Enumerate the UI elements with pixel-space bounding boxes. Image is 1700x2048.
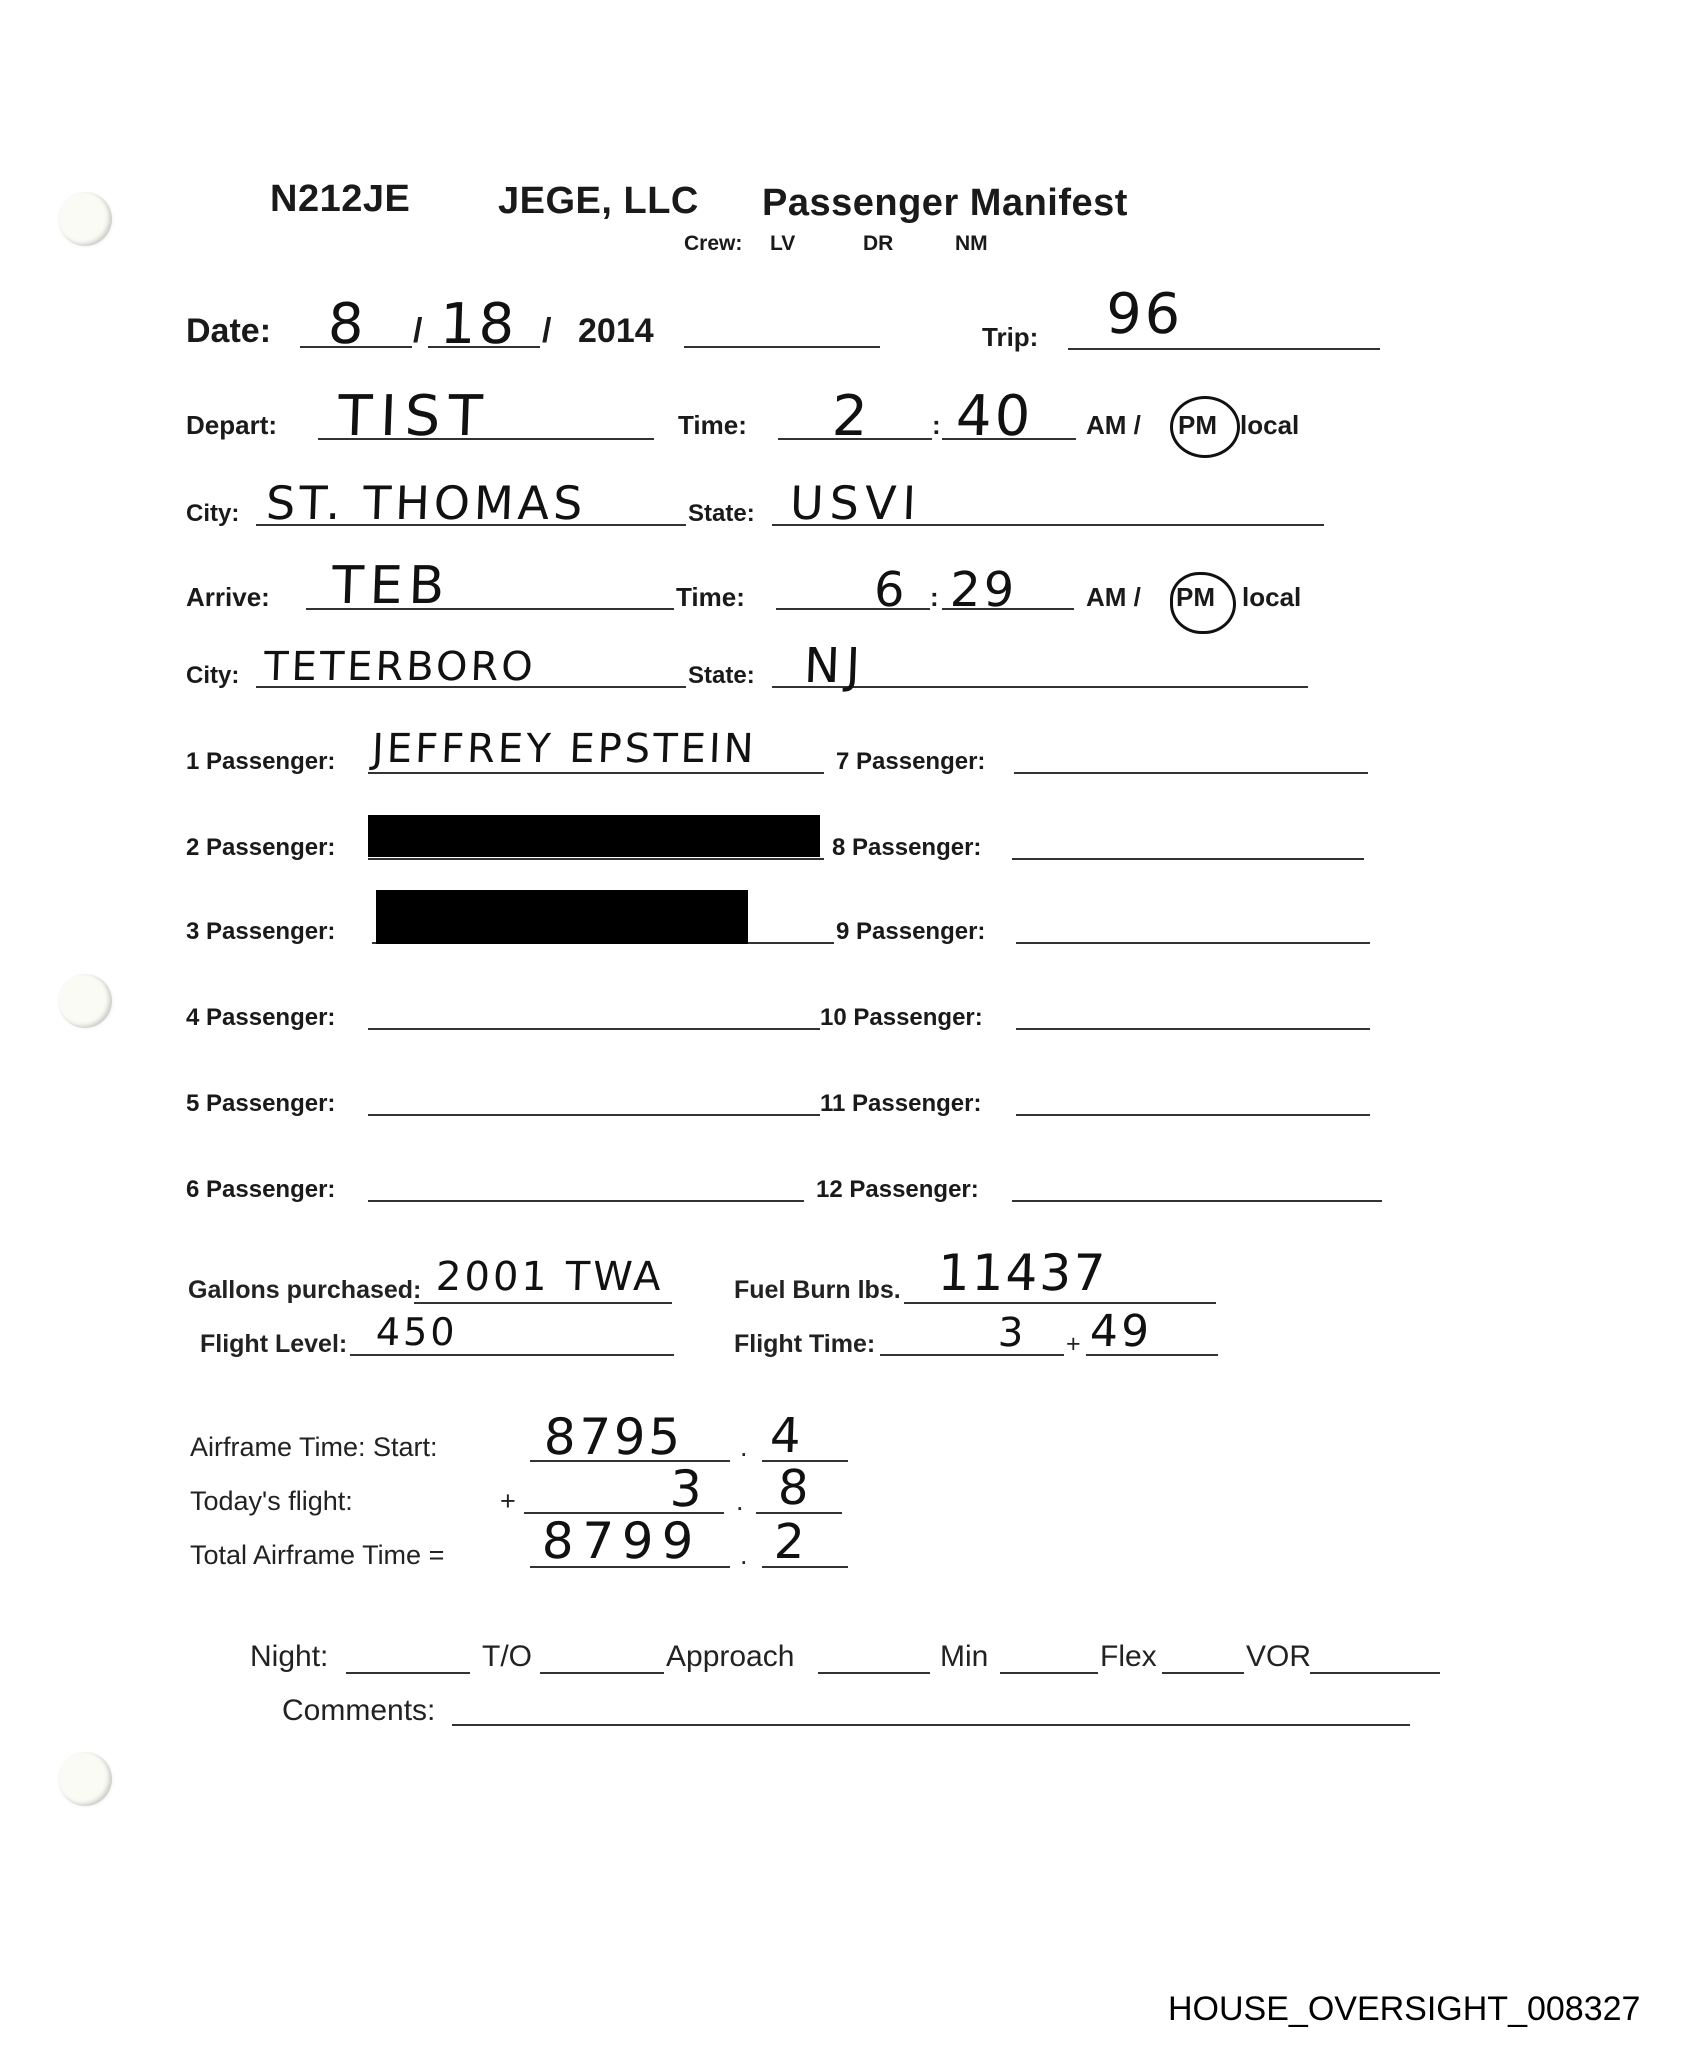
date-year: 2014 (578, 312, 654, 351)
passenger-2-label: 2 Passenger: (186, 834, 335, 862)
passenger-8-field[interactable] (1012, 858, 1364, 860)
passenger-5-field[interactable] (368, 1114, 820, 1116)
takeoff-label: T/O (482, 1640, 532, 1674)
passenger-11-label: 11 Passenger: (820, 1090, 981, 1118)
passenger-6-field[interactable] (368, 1200, 804, 1202)
todays-flight-tenths-value: 8 (777, 1460, 813, 1516)
passenger-8-label: 8 Passenger: (832, 834, 981, 862)
passenger-7-field[interactable] (1014, 772, 1368, 774)
arrive-am-label: AM / (1086, 582, 1141, 613)
comments-label: Comments: (282, 1694, 435, 1728)
arrive-time-colon: : (930, 582, 939, 613)
trip-field[interactable] (1068, 348, 1380, 350)
flight-time-minutes-value: 49 (1089, 1306, 1153, 1357)
date-label: Date: (186, 312, 271, 351)
depart-time-label: Time: (678, 410, 747, 441)
flex-field[interactable] (1162, 1672, 1244, 1674)
todays-flight-plus: + (500, 1486, 516, 1517)
bates-number: HOUSE_OVERSIGHT_008327 (1168, 1990, 1640, 2029)
passenger-11-field[interactable] (1016, 1114, 1370, 1116)
passenger-7-label: 7 Passenger: (836, 748, 985, 776)
flight-time-hours-field[interactable] (880, 1354, 1064, 1356)
flight-level-value: 450 (375, 1310, 458, 1354)
airframe-start-tenths-value: 4 (769, 1408, 805, 1464)
passenger-12-label: 12 Passenger: (816, 1176, 979, 1204)
depart-am-label: AM / (1086, 410, 1141, 441)
hole-punch-bottom (58, 1752, 112, 1806)
total-airframe-dot: . (740, 1540, 748, 1571)
crew-member-3: NM (955, 232, 988, 256)
total-airframe-label: Total Airframe Time = (190, 1540, 444, 1571)
depart-city-value: ST. THOMAS (265, 476, 587, 530)
arrive-pm-selected-circle (1170, 572, 1236, 634)
passenger-3-label: 3 Passenger: (186, 918, 335, 946)
arrive-state-label: State: (688, 662, 755, 690)
arrive-airport-value: TEB (331, 556, 451, 616)
trip-number-value: 96 (1105, 282, 1185, 347)
total-airframe-tenths-value: 2 (773, 1514, 809, 1570)
flight-time-separator: + (1066, 1330, 1081, 1359)
fuel-burn-label: Fuel Burn lbs. (734, 1276, 901, 1305)
min-field[interactable] (1000, 1672, 1098, 1674)
gallons-purchased-value: 2001 TWA (435, 1254, 664, 1300)
night-field[interactable] (346, 1672, 470, 1674)
passenger-6-label: 6 Passenger: (186, 1176, 335, 1204)
passenger-10-field[interactable] (1016, 1028, 1370, 1030)
document-title: Passenger Manifest (762, 182, 1128, 225)
flight-time-label: Flight Time: (734, 1330, 875, 1359)
airframe-start-whole-value: 8795 (543, 1408, 684, 1466)
passenger-1-name: JEFFREY EPSTEIN (371, 726, 757, 772)
passenger-2-redaction (368, 815, 820, 857)
passenger-4-field[interactable] (368, 1028, 820, 1030)
approach-label: Approach (666, 1640, 794, 1674)
depart-minute-value: 40 (955, 384, 1035, 449)
depart-city-label: City: (186, 500, 239, 528)
night-label: Night: (250, 1640, 328, 1674)
depart-label: Depart: (186, 410, 277, 441)
todays-flight-whole-value: 3 (669, 1460, 706, 1518)
min-label: Min (940, 1640, 988, 1674)
airframe-start-label: Airframe Time: Start: (190, 1432, 438, 1463)
date-day-value: 18 (439, 292, 519, 357)
flight-time-hours-value: 3 (997, 1310, 1027, 1356)
passenger-10-label: 10 Passenger: (820, 1004, 983, 1032)
trip-label: Trip: (982, 322, 1038, 353)
passenger-12-field[interactable] (1012, 1200, 1382, 1202)
airframe-start-dot: . (740, 1432, 748, 1463)
company-name: JEGE, LLC (498, 180, 699, 223)
crew-member-1: LV (770, 232, 795, 256)
depart-time-colon: : (932, 410, 941, 441)
passenger-9-label: 9 Passenger: (836, 918, 985, 946)
depart-state-value: USVI (789, 476, 923, 530)
passenger-1-label: 1 Passenger: (186, 748, 335, 776)
total-airframe-whole-value: 8799 (541, 1512, 702, 1570)
arrive-hour-value: 6 (873, 562, 909, 618)
flex-label: Flex (1100, 1640, 1157, 1674)
crew-label: Crew: (684, 232, 742, 256)
hole-punch-top (58, 192, 112, 246)
depart-hour-value: 2 (831, 384, 872, 449)
date-month-value: 8 (327, 292, 368, 357)
arrive-label: Arrive: (186, 582, 270, 613)
hole-punch-middle (58, 974, 112, 1028)
passenger-2-field[interactable] (368, 858, 824, 860)
todays-flight-dot: . (736, 1486, 744, 1517)
depart-airport-value: TIST (337, 384, 492, 449)
passenger-9-field[interactable] (1016, 942, 1370, 944)
fuel-burn-value: 11437 (937, 1244, 1108, 1302)
takeoff-field[interactable] (540, 1672, 664, 1674)
arrive-state-value: NJ (803, 638, 867, 694)
comments-field[interactable] (452, 1724, 1410, 1726)
approach-field[interactable] (818, 1672, 930, 1674)
date-separator-2: / (542, 312, 551, 351)
gallons-purchased-label: Gallons purchased: (188, 1276, 421, 1305)
arrive-minute-value: 29 (949, 562, 1018, 618)
passenger-3-redaction (376, 890, 748, 944)
arrive-city-value: TETERBORO (263, 644, 536, 690)
depart-state-label: State: (688, 500, 755, 528)
passenger-1-field[interactable] (368, 772, 824, 774)
todays-flight-label: Today's flight: (190, 1486, 353, 1517)
vor-label: VOR (1246, 1640, 1311, 1674)
date-separator-1: / (413, 312, 422, 351)
passenger-4-label: 4 Passenger: (186, 1004, 335, 1032)
fuel-burn-field[interactable] (904, 1302, 1216, 1304)
arrive-city-label: City: (186, 662, 239, 690)
crew-member-2: DR (863, 232, 893, 256)
flight-level-label: Flight Level: (200, 1330, 347, 1359)
arrive-local-label: local (1242, 582, 1301, 613)
tail-number: N212JE (270, 178, 410, 221)
passenger-5-label: 5 Passenger: (186, 1090, 335, 1118)
arrive-time-label: Time: (676, 582, 745, 613)
date-year-field[interactable] (684, 346, 880, 348)
vor-field[interactable] (1310, 1672, 1440, 1674)
depart-pm-selected-circle (1170, 396, 1240, 458)
flight-level-field[interactable] (350, 1354, 674, 1356)
depart-local-label: local (1240, 410, 1299, 441)
gallons-purchased-field[interactable] (414, 1302, 672, 1304)
